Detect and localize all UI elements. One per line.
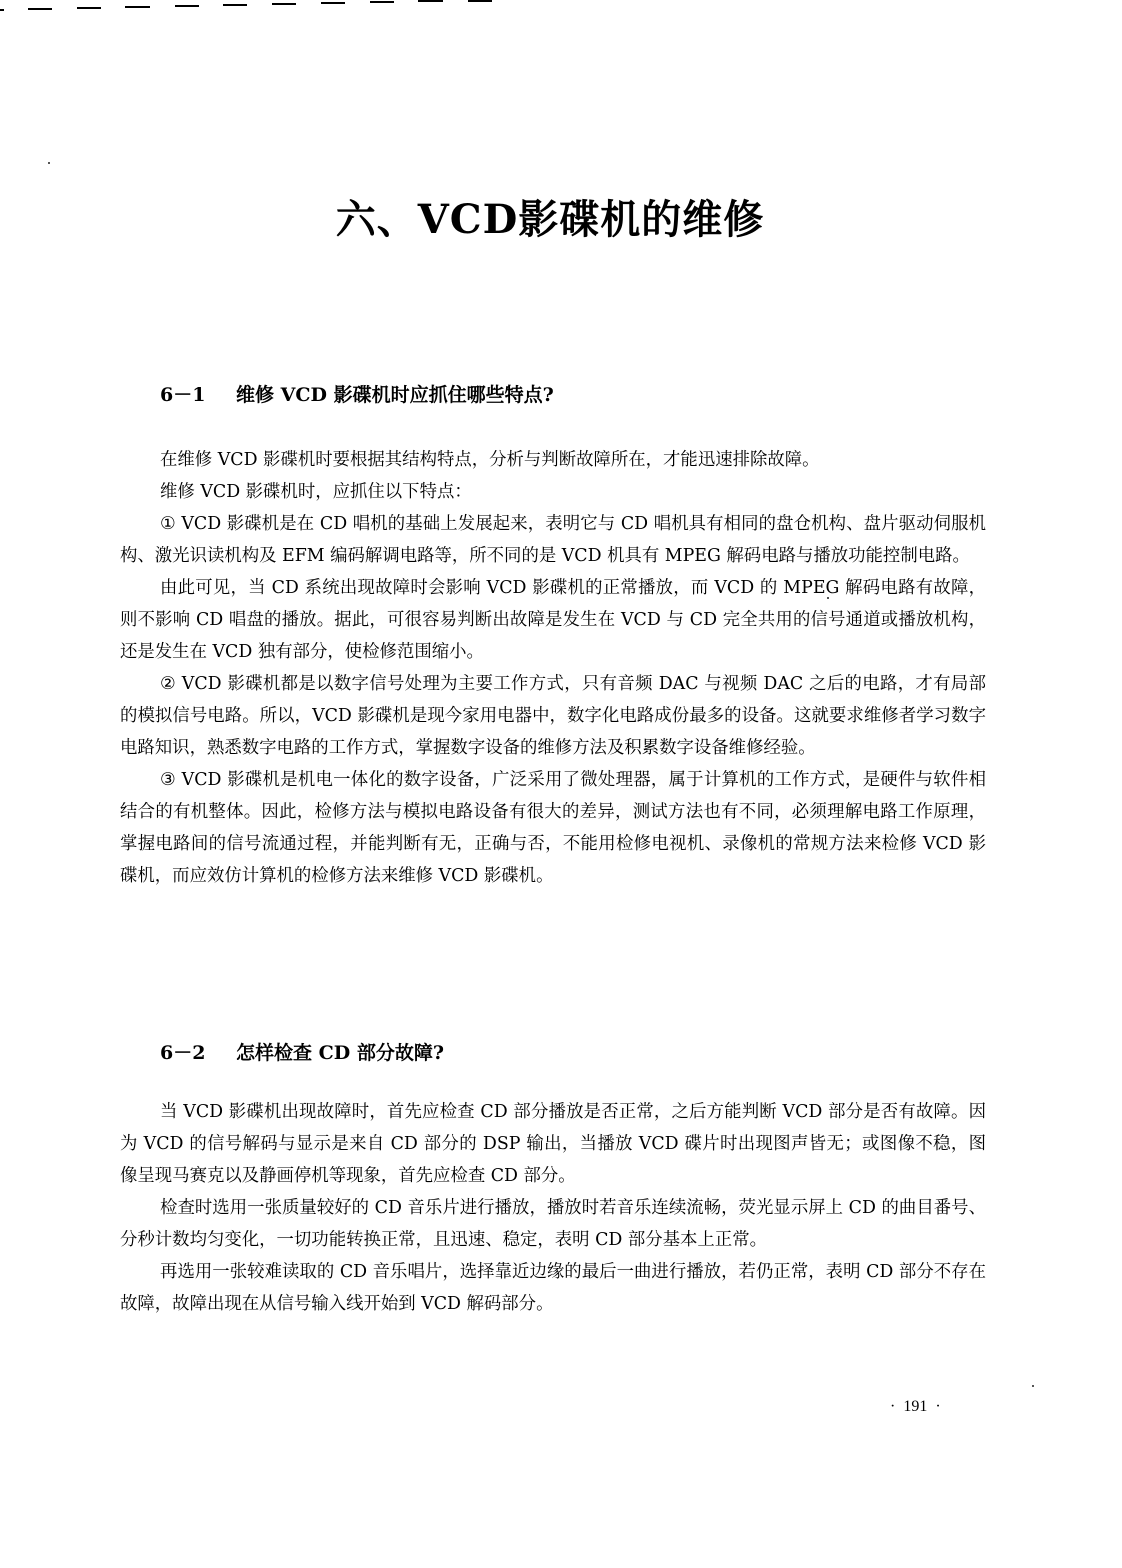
section-title: 维修 VCD 影碟机时应抓住哪些特点?	[236, 384, 554, 406]
section-number: 6－2	[160, 1038, 236, 1065]
paragraph: ③ VCD 影碟机是机电一体化的数字设备，广泛采用了微处理器，属于计算机的工作方…	[120, 764, 986, 892]
paragraph: 再选用一张较难读取的 CD 音乐唱片，选择靠近边缘的最后一曲进行播放，若仍正常，…	[120, 1256, 986, 1320]
paragraph: 当 VCD 影碟机出现故障时，首先应检查 CD 部分播放是否正常，之后方能判断 …	[120, 1096, 986, 1192]
scan-speck	[1032, 1385, 1034, 1387]
dash-mark	[223, 4, 247, 6]
header-dash-marks	[0, 0, 540, 12]
dash-mark	[28, 8, 52, 10]
scan-speck	[48, 162, 50, 164]
dash-mark	[175, 5, 199, 7]
dash-mark	[125, 6, 150, 8]
section-body-6-2: 当 VCD 影碟机出现故障时，首先应检查 CD 部分播放是否正常，之后方能判断 …	[120, 1096, 986, 1320]
chapter-title: 六、VCD影碟机的维修	[0, 188, 1100, 245]
dash-mark	[77, 7, 101, 9]
paragraph: ① VCD 影碟机是在 CD 唱机的基础上发展起来，表明它与 CD 唱机具有相同…	[120, 508, 986, 572]
paragraph: 维修 VCD 影碟机时，应抓住以下特点：	[120, 476, 986, 508]
dash-mark	[272, 3, 296, 5]
scan-speck	[827, 597, 829, 599]
dash-mark	[468, 0, 492, 2]
section-title: 怎样检查 CD 部分故障?	[236, 1042, 444, 1064]
paragraph: 由此可见，当 CD 系统出现故障时会影响 VCD 影碟机的正常播放，而 VCD …	[120, 572, 986, 668]
section-heading-6-2: 6－2怎样检查 CD 部分故障?	[160, 1038, 444, 1065]
paragraph: 检查时选用一张质量较好的 CD 音乐片进行播放，播放时若音乐连续流畅，荧光显示屏…	[120, 1192, 986, 1256]
dash-mark	[321, 2, 345, 4]
paragraph: 在维修 VCD 影碟机时要根据其结构特点，分析与判断故障所在，才能迅速排除故障。	[120, 444, 986, 476]
section-body-6-1: 在维修 VCD 影碟机时要根据其结构特点，分析与判断故障所在，才能迅速排除故障。…	[120, 444, 986, 892]
section-heading-6-1: 6－1维修 VCD 影碟机时应抓住哪些特点?	[160, 380, 554, 407]
dash-mark	[370, 1, 394, 3]
section-number: 6－1	[160, 380, 236, 407]
page-number: · 191 ·	[890, 1398, 941, 1416]
paragraph: ② VCD 影碟机都是以数字信号处理为主要工作方式，只有音频 DAC 与视频 D…	[120, 668, 986, 764]
dash-mark	[418, 0, 443, 2]
dash-mark	[0, 9, 4, 11]
